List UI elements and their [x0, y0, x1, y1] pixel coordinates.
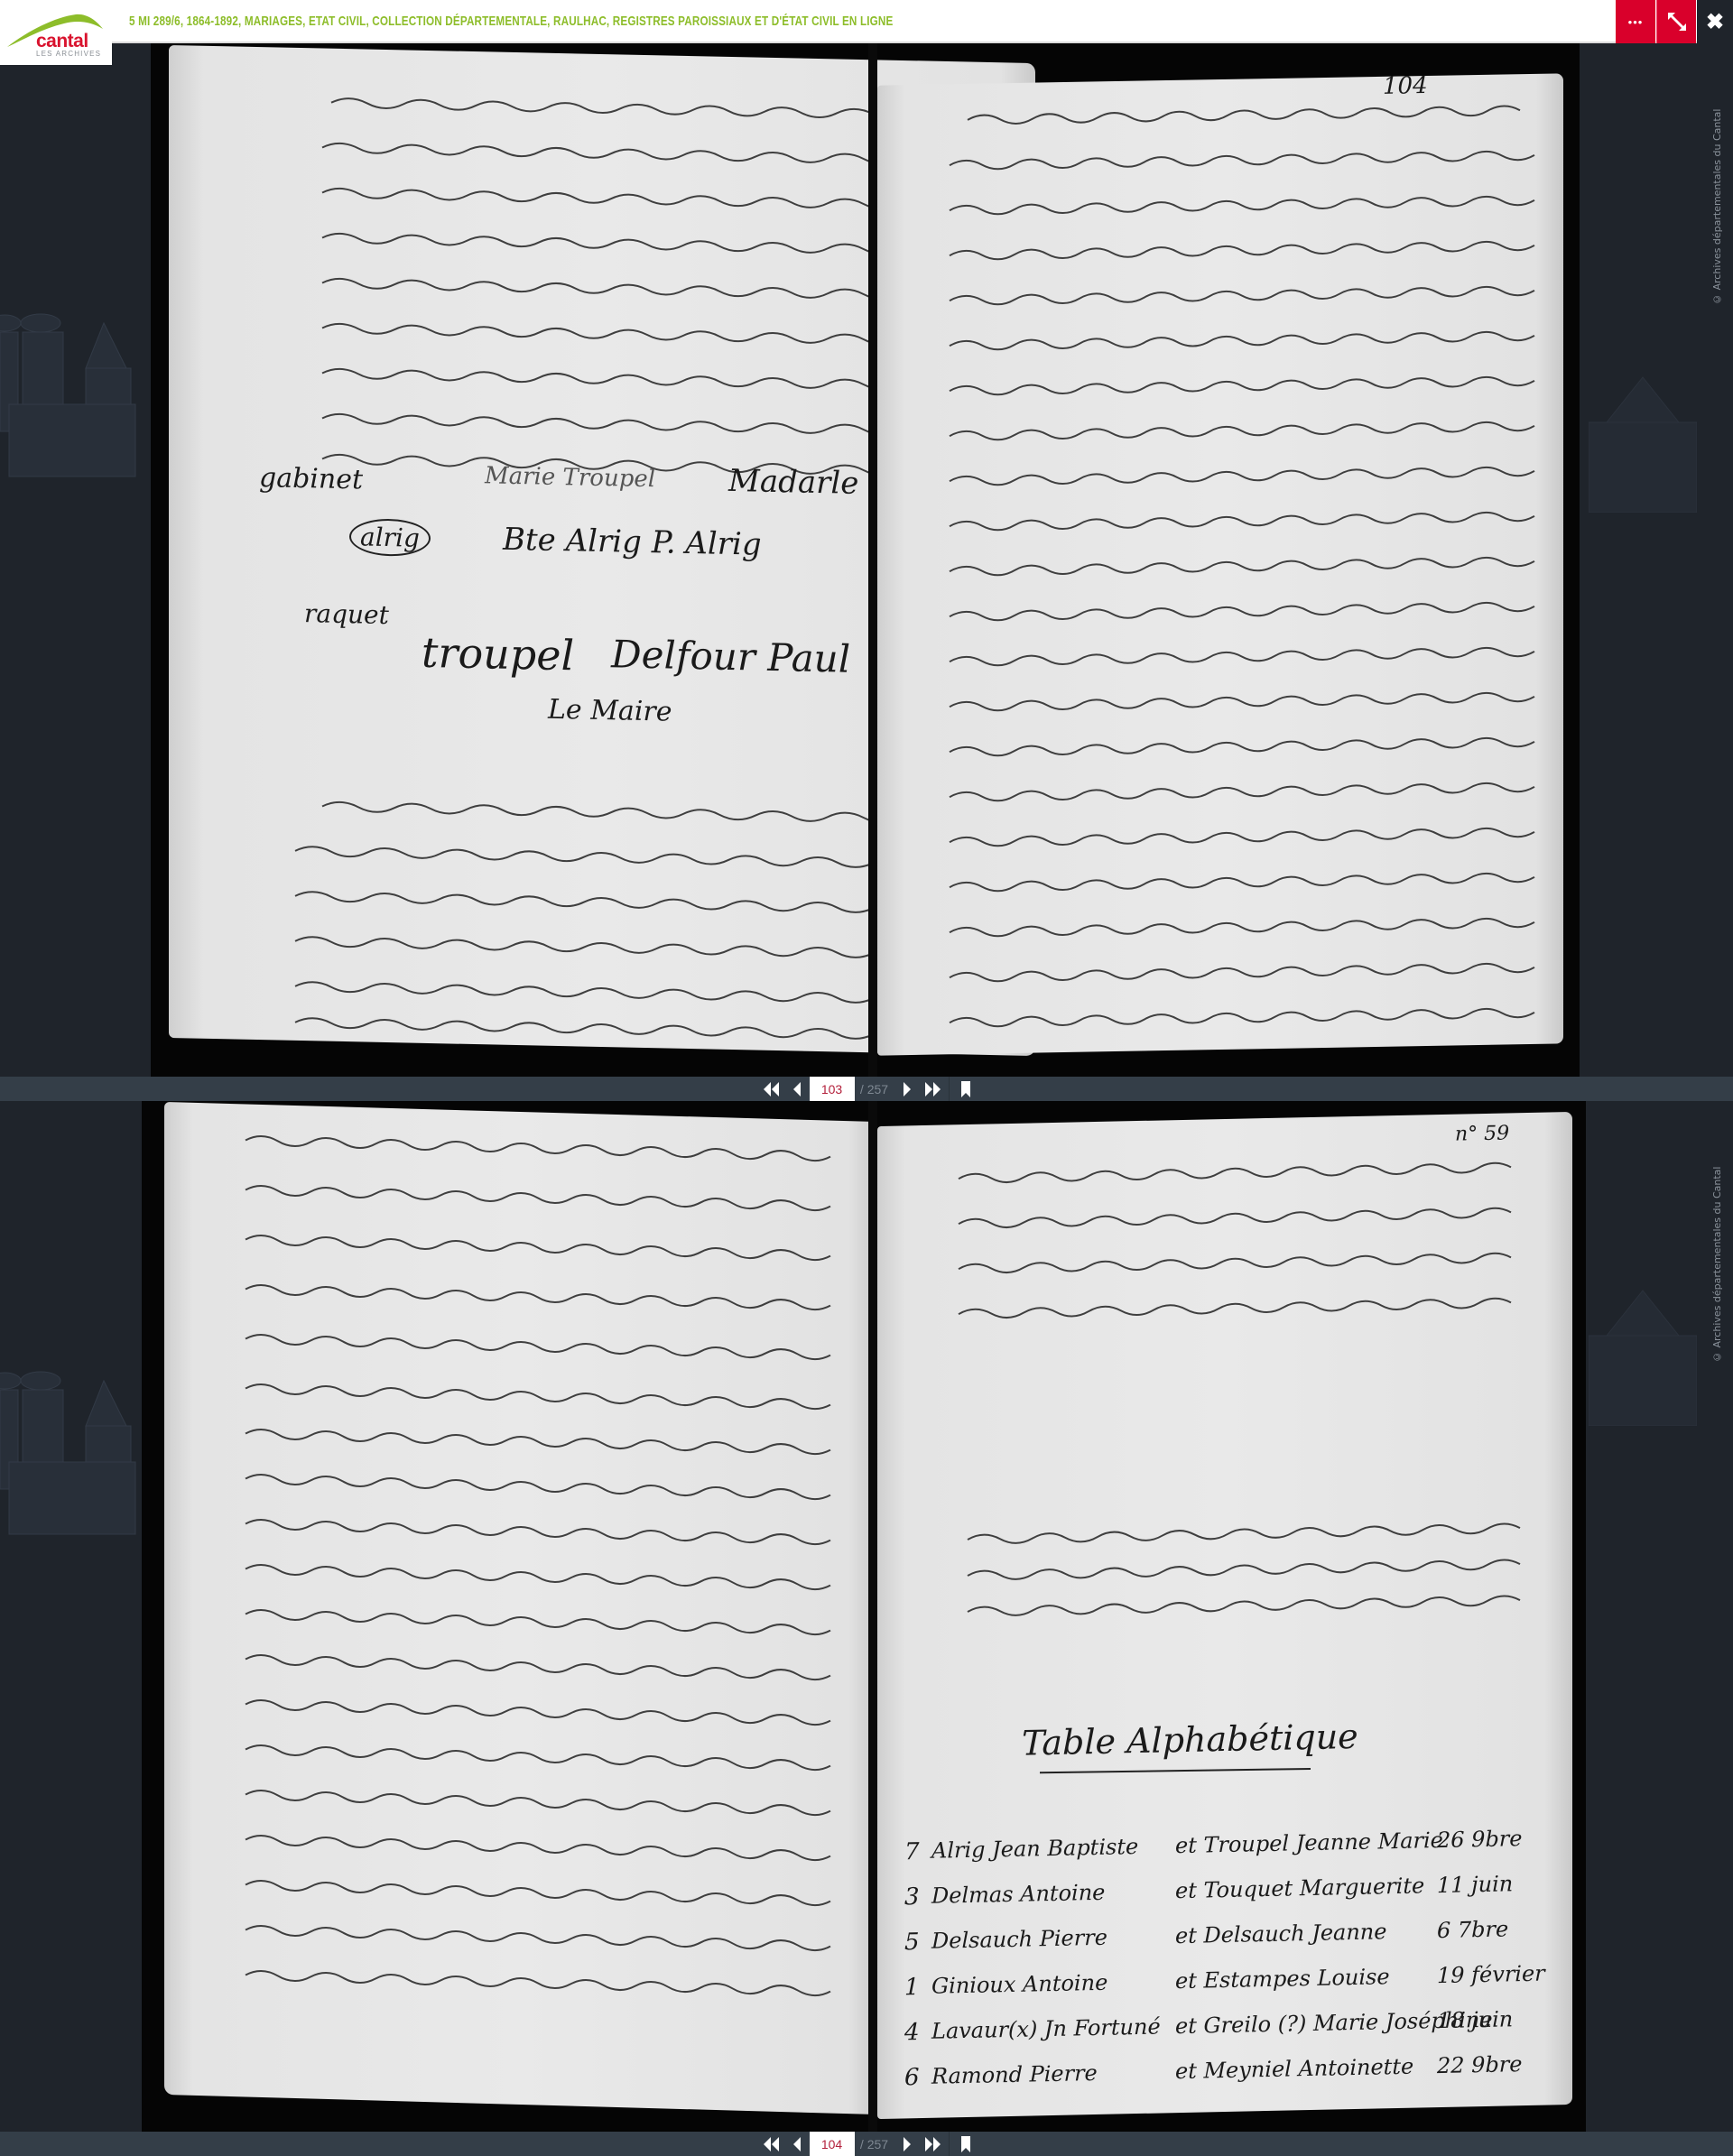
signature-text: Marie Troupel: [485, 462, 655, 493]
signature-text: Le Maire: [548, 694, 672, 728]
groom-name: Ginioux Antoine: [931, 1970, 1107, 1999]
page-number-input[interactable]: 104: [810, 2132, 855, 2155]
close-icon: ✖: [1706, 9, 1724, 35]
signature-text: alrig: [349, 518, 431, 557]
cantal-archives-logo[interactable]: cantal LES ARCHIVES: [0, 0, 112, 65]
groom-name: Delsauch Pierre: [931, 1925, 1107, 1954]
total-pages: / 257: [855, 1082, 894, 1097]
bookmark-button[interactable]: [953, 2132, 978, 2155]
divider: [949, 1077, 950, 1101]
fullscreen-button[interactable]: [1656, 0, 1696, 43]
last-page-button[interactable]: [920, 1077, 945, 1101]
groom-name: Lavaur(x) Jn Fortuné: [931, 2013, 1161, 2043]
next-page-button[interactable]: [894, 2132, 920, 2155]
document-title: 5 MI 289/6, 1864-1892, MARIAGES, ETAT CI…: [129, 14, 893, 29]
signature-text: Delfour Paul: [611, 632, 850, 681]
entry-number: 7: [904, 1838, 920, 1865]
marriage-date: 11 juin: [1437, 1871, 1513, 1898]
expand-arrows-icon: [1665, 10, 1689, 33]
handwriting-lines: [877, 73, 1563, 1055]
first-page-button[interactable]: [759, 1077, 784, 1101]
double-chevron-left-icon: [763, 2137, 781, 2151]
first-page-button[interactable]: [759, 2132, 784, 2155]
app-header: 5 MI 289/6, 1864-1892, MARIAGES, ETAT CI…: [0, 0, 1733, 43]
image-viewer-2[interactable]: n° 59 Table Alphabétique 7 Alrig Jean Ba…: [0, 1101, 1733, 2132]
groom-name: Delmas Antoine: [931, 1880, 1105, 1909]
double-chevron-right-icon: [923, 2137, 941, 2151]
page-navigation-bar-1: 103 / 257: [0, 1077, 1733, 1101]
signature-text: troupel: [422, 628, 574, 680]
background-artwork-right: [1589, 368, 1697, 513]
more-options-button[interactable]: •••: [1616, 0, 1655, 43]
handwriting-lines: [164, 1102, 877, 2114]
background-artwork: [0, 1327, 153, 1579]
bookmark-icon: [960, 1081, 971, 1097]
marriage-date: 18 juin: [1437, 2006, 1513, 2033]
previous-page-button[interactable]: [784, 1077, 810, 1101]
entry-number: 3: [904, 1883, 920, 1911]
folio-number: 104: [1383, 72, 1428, 100]
signature-text: gabinet: [259, 462, 363, 495]
entry-number: 5: [904, 1929, 920, 1956]
bookmark-icon: [960, 2136, 971, 2152]
book-gutter: [868, 43, 877, 1077]
double-chevron-right-icon: [923, 1082, 941, 1097]
background-artwork: [0, 269, 153, 522]
copyright-notice: © Archives départementales du Cantal: [1711, 70, 1729, 305]
image-viewer-1[interactable]: gabinet Marie Troupel Madarle alrig Bte …: [0, 43, 1733, 1077]
copyright-notice: © Archives départementales du Cantal: [1711, 1128, 1729, 1363]
triangle-right-icon: [902, 1082, 913, 1097]
left-folio: [164, 1102, 877, 2114]
triangle-right-icon: [902, 2137, 913, 2151]
bride-name: et Delsauch Jeanne: [1175, 1919, 1386, 1948]
double-chevron-left-icon: [763, 1082, 781, 1097]
marriage-date: 22 9bre: [1437, 2051, 1522, 2078]
entry-number: 4: [904, 2019, 920, 2046]
bride-name: et Touquet Marguerite: [1175, 1873, 1424, 1903]
entry-number: 6: [904, 2064, 920, 2091]
next-page-button[interactable]: [894, 1077, 920, 1101]
background-artwork-right: [1589, 1282, 1697, 1426]
previous-page-button[interactable]: [784, 2132, 810, 2155]
logo-subtitle: LES ARCHIVES: [36, 50, 101, 58]
last-page-button[interactable]: [920, 2132, 945, 2155]
triangle-left-icon: [792, 1082, 802, 1097]
signature-text: Madarle: [728, 463, 858, 502]
ellipsis-icon: •••: [1628, 15, 1644, 29]
divider: [949, 2132, 950, 2155]
book-gutter: [868, 1101, 877, 2132]
register-scan-page-104[interactable]: n° 59 Table Alphabétique 7 Alrig Jean Ba…: [142, 1101, 1586, 2132]
marriage-date: 19 février: [1437, 1961, 1545, 1989]
triangle-left-icon: [792, 2137, 802, 2151]
page-navigation-bar-2: 104 / 257: [0, 2132, 1733, 2155]
right-folio: 104: [877, 73, 1563, 1055]
signature-text: Bte Alrig P. Alrig: [503, 522, 762, 563]
register-scan-page-103[interactable]: gabinet Marie Troupel Madarle alrig Bte …: [151, 43, 1580, 1077]
marriage-date: 26 9bre: [1437, 1826, 1522, 1853]
folio-number: n° 59: [1455, 1122, 1509, 1145]
groom-name: Alrig Jean Baptiste: [931, 1834, 1138, 1864]
groom-name: Ramond Pierre: [931, 2060, 1098, 2089]
table-heading: Table Alphabétique: [1022, 1716, 1358, 1763]
bookmark-button[interactable]: [953, 1077, 978, 1101]
signature-text: raquet: [304, 598, 389, 630]
total-pages: / 257: [855, 2137, 894, 2151]
close-button[interactable]: ✖: [1697, 0, 1733, 43]
bride-name: et Estampes Louise: [1175, 1964, 1390, 1994]
bride-name: et Troupel Jeanne Marie: [1175, 1828, 1443, 1858]
page-number-input[interactable]: 103: [810, 1077, 855, 1101]
bride-name: et Meyniel Antoinette: [1175, 2054, 1413, 2085]
marriage-date: 6 7bre: [1437, 1916, 1508, 1943]
right-folio: n° 59 Table Alphabétique 7 Alrig Jean Ba…: [877, 1112, 1572, 2119]
entry-number: 1: [904, 1974, 920, 2001]
